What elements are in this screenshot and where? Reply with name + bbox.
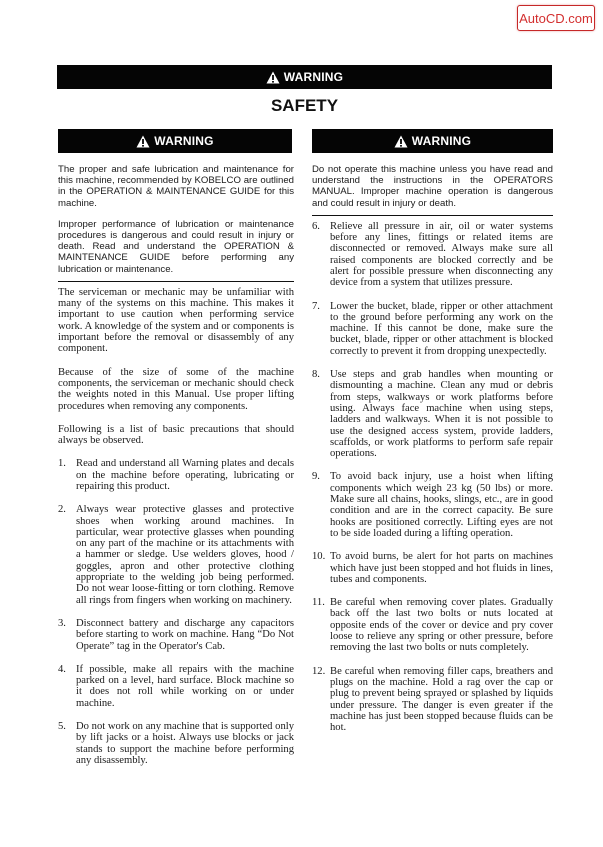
- warning-triangle-icon: [266, 71, 280, 84]
- body-paragraph: The serviceman or mechanic may be unfami…: [58, 287, 294, 355]
- precaution-item: 3. Disconnect battery and discharge any …: [58, 618, 294, 652]
- section-divider: [312, 215, 553, 216]
- item-number: 4.: [58, 664, 76, 709]
- body-paragraph: Because of the size of some of the machi…: [58, 367, 294, 412]
- precaution-item: 11. Be careful when removing cover plate…: [312, 597, 553, 653]
- page-title: SAFETY: [57, 96, 552, 116]
- precaution-item: 10. To avoid burns, be alert for hot par…: [312, 551, 553, 585]
- body-paragraph: Following is a list of basic precautions…: [58, 424, 294, 447]
- item-text: If possible, make all repairs with the m…: [76, 664, 294, 709]
- item-number: 6.: [312, 221, 330, 289]
- top-warning-banner: WARNING: [57, 65, 552, 89]
- item-text: To avoid back injury, use a hoist when l…: [330, 471, 553, 539]
- item-text: Disconnect battery and discharge any cap…: [76, 618, 294, 652]
- precaution-item: 4. If possible, make all repairs with th…: [58, 664, 294, 709]
- precaution-item: 9. To avoid back injury, use a hoist whe…: [312, 471, 553, 539]
- item-text: Do not work on any machine that is suppo…: [76, 721, 294, 766]
- precaution-item: 7. Lower the bucket, blade, ripper or ot…: [312, 301, 553, 357]
- precaution-item: 8. Use steps and grab handles when mount…: [312, 369, 553, 459]
- section-divider: [58, 281, 294, 282]
- item-text: Always wear protective glasses and prote…: [76, 504, 294, 606]
- warning-triangle-icon: [394, 135, 408, 148]
- precaution-item: 1. Read and understand all Warning plate…: [58, 458, 294, 492]
- top-warning-label: WARNING: [284, 70, 343, 84]
- item-number: 5.: [58, 721, 76, 766]
- warning-paragraph: Do not operate this machine unless you h…: [312, 164, 553, 209]
- left-warning-label: WARNING: [154, 134, 213, 148]
- item-number: 3.: [58, 618, 76, 652]
- item-number: 7.: [312, 301, 330, 357]
- item-number: 12.: [312, 666, 330, 734]
- warning-paragraph: Improper performance of lubrication or m…: [58, 219, 294, 275]
- item-text: Be careful when removing cover plates. G…: [330, 597, 553, 653]
- right-column: Do not operate this machine unless you h…: [312, 164, 553, 745]
- precaution-item: 6. Relieve all pressure in air, oil or w…: [312, 221, 553, 289]
- item-text: Use steps and grab handles when mounting…: [330, 369, 553, 459]
- autocd-watermark: AutoCD.com: [517, 5, 595, 31]
- item-text: Read and understand all Warning plates a…: [76, 458, 294, 492]
- warning-triangle-icon: [136, 135, 150, 148]
- left-column: The proper and safe lubrication and main…: [58, 164, 294, 778]
- right-warning-banner: WARNING: [312, 129, 553, 153]
- item-number: 10.: [312, 551, 330, 585]
- right-warning-label: WARNING: [412, 134, 471, 148]
- item-number: 11.: [312, 597, 330, 653]
- precaution-item: 2. Always wear protective glasses and pr…: [58, 504, 294, 606]
- warning-paragraph: The proper and safe lubrication and main…: [58, 164, 294, 209]
- item-text: To avoid burns, be alert for hot parts o…: [330, 551, 553, 585]
- item-number: 1.: [58, 458, 76, 492]
- precaution-item: 12. Be careful when removing filler caps…: [312, 666, 553, 734]
- item-text: Lower the bucket, blade, ripper or other…: [330, 301, 553, 357]
- item-number: 8.: [312, 369, 330, 459]
- precaution-item: 5. Do not work on any machine that is su…: [58, 721, 294, 766]
- item-number: 2.: [58, 504, 76, 606]
- left-warning-banner: WARNING: [58, 129, 292, 153]
- item-text: Relieve all pressure in air, oil or wate…: [330, 221, 553, 289]
- item-number: 9.: [312, 471, 330, 539]
- item-text: Be careful when removing filler caps, br…: [330, 666, 553, 734]
